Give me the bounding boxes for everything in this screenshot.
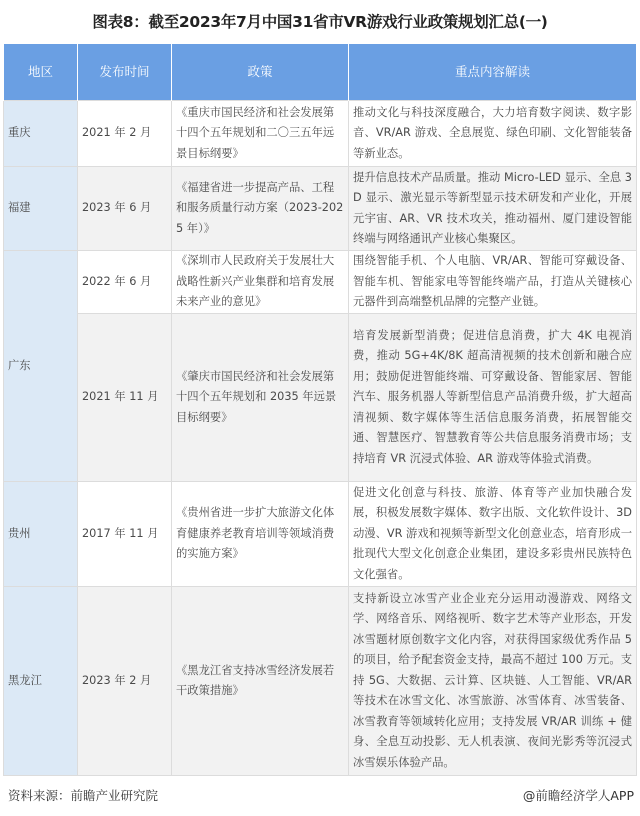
policy-cell: 《深圳市人民政府关于发展壮大战略性新兴产业集群和培育发展未来产业的意见》 (172, 251, 349, 314)
region-cell: 广东 (4, 251, 78, 482)
date-cell: 2023 年 6 月 (78, 167, 172, 251)
header-policy: 政策 (172, 44, 349, 101)
region-cell: 黑龙江 (4, 587, 78, 776)
policy-cell: 《贵州省进一步扩大旅游文化体育健康养老教育培训等领域消费的实施方案》 (172, 482, 349, 587)
date-cell: 2021 年 2 月 (78, 101, 172, 167)
date-cell: 2017 年 11 月 (78, 482, 172, 587)
header-content: 重点内容解读 (349, 44, 637, 101)
content-cell: 提升信息技术产品质量。推动 Micro-LED 显示、全息 3D 显示、激光显示… (349, 167, 637, 251)
content-cell: 促进文化创意与科技、旅游、体育等产业加快融合发展，积极发展数字媒体、数字出版、文… (349, 482, 637, 587)
policy-cell: 《肇庆市国民经济和社会发展第十四个五年规划和 2035 年远景目标纲要》 (172, 314, 349, 482)
content-cell: 培育发展新型消费；促进信息消费，扩大 4K 电视消费，推动 5G+4K/8K 超… (349, 314, 637, 482)
table-row: 广东 2022 年 6 月 《深圳市人民政府关于发展壮大战略性新兴产业集群和培育… (4, 251, 637, 314)
table-row: 黑龙江 2023 年 2 月 《黑龙江省支持冰雪经济发展若干政策措施》 支持新设… (4, 587, 637, 776)
date-cell: 2022 年 6 月 (78, 251, 172, 314)
table-row: 2021 年 11 月 《肇庆市国民经济和社会发展第十四个五年规划和 2035 … (4, 314, 637, 482)
table-row: 贵州 2017 年 11 月 《贵州省进一步扩大旅游文化体育健康养老教育培训等领… (4, 482, 637, 587)
source-note: 资料来源：前瞻产业研究院 (8, 786, 158, 804)
policy-cell: 《重庆市国民经济和社会发展第十四个五年规划和二〇三五年远景目标纲要》 (172, 101, 349, 167)
table-row: 福建 2023 年 6 月 《福建省进一步提高产品、工程和服务质量行动方案（20… (4, 167, 637, 251)
table-header-row: 地区 发布时间 政策 重点内容解读 (4, 44, 637, 101)
date-cell: 2021 年 11 月 (78, 314, 172, 482)
policy-cell: 《福建省进一步提高产品、工程和服务质量行动方案（2023-2025 年）》 (172, 167, 349, 251)
header-region: 地区 (4, 44, 78, 101)
region-cell: 贵州 (4, 482, 78, 587)
header-date: 发布时间 (78, 44, 172, 101)
policy-table: 地区 发布时间 政策 重点内容解读 重庆 2021 年 2 月 《重庆市国民经济… (3, 44, 637, 776)
content-cell: 围绕智能手机、个人电脑、VR/AR、智能可穿戴设备、智能车机、智能家电等智能终端… (349, 251, 637, 314)
content-cell: 支持新设立冰雪产业企业充分运用动漫游戏、网络文学、网络音乐、网络视听、数字艺术等… (349, 587, 637, 776)
region-cell: 重庆 (4, 101, 78, 167)
date-cell: 2023 年 2 月 (78, 587, 172, 776)
chart-title: 图表8：截至2023年7月中国31省市VR游戏行业政策规划汇总(一) (0, 10, 640, 32)
policy-cell: 《黑龙江省支持冰雪经济发展若干政策措施》 (172, 587, 349, 776)
table-row: 重庆 2021 年 2 月 《重庆市国民经济和社会发展第十四个五年规划和二〇三五… (4, 101, 637, 167)
content-cell: 推动文化与科技深度融合，大力培育数字阅读、数字影音、VR/AR 游戏、全息展览、… (349, 101, 637, 167)
credit-note: @前瞻经济学人APP (523, 786, 634, 804)
region-cell: 福建 (4, 167, 78, 251)
